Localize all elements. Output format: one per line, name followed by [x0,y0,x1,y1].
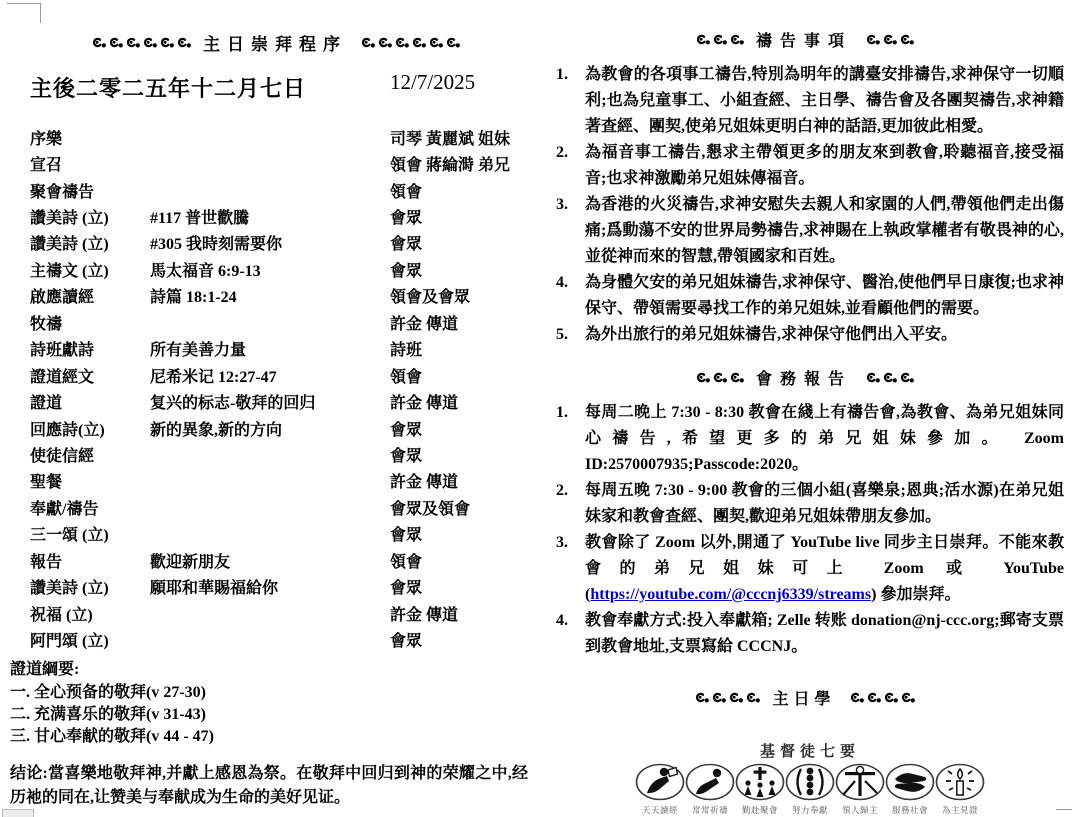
item-number: 5. [556,322,585,348]
text-boundary-corner-mark [7,3,41,23]
program-content: #305 我時刻需要你 [150,231,390,254]
item-number: 4. [556,608,585,660]
program-item: 使徒信經 [30,443,150,466]
praying-person-icon [684,763,736,803]
program-role: 許金 傳道 [390,390,532,413]
program-role: 詩班 [390,337,532,360]
swirl-ornament-icon [694,34,744,45]
seven-label: 領人歸主 [834,804,886,816]
program-content: 所有美善力量 [150,337,390,360]
program-table: 序樂司琴 黃麗斌 姐妹宣召領會 蔣綸溡 弟兄聚會禱告領會讚美詩 (立)#117 … [30,124,532,653]
item-text: 每周五晚 7:30 - 9:00 教會的三個小組(喜樂泉;恩典;活水源)在弟兄姐… [585,478,1064,530]
program-row: 阿門頌 (立)會眾 [30,626,532,652]
page-edge-stub [2,809,34,817]
program-item: 牧禱 [30,311,150,334]
prayer-title: 禱告事項 [756,28,852,51]
program-row: 主禱文 (立)馬太福音 6:9-13會眾 [30,256,532,282]
program-role: 會眾 [390,205,532,228]
seven-icons-row: 天天讀經常常祈禱勤赴聚會努力奉獻領人歸主服務社會為主見證 [624,763,996,816]
seven-label: 天天讀經 [634,804,686,816]
program-item: 讚美詩 (立) [30,231,150,254]
program-role: 領會 蔣綸溡 弟兄 [390,152,532,175]
page-title: 主日崇拜程序 [203,30,347,55]
prayer-list: 1.為教會的各項事工禱告,特別為明年的講臺安排禱告,求神保守一切順利;也為兒童事… [556,62,1064,348]
item-text: 為教會的各項事工禱告,特別為明年的講臺安排禱告,求神保守一切順利;也為兒童事工、… [585,62,1064,140]
program-role: 會眾 [390,231,532,254]
seven-label: 為主見證 [934,804,986,816]
program-item: 聚會禱告 [30,179,150,202]
outline-conclusion: 结论:當喜樂地敬拜神,并獻上感恩為祭。在敬拜中回归到神的荣耀之中,经历祂的同在,… [10,762,528,810]
program-content: 新的異象,新的方向 [150,417,390,440]
seven-item: 努力奉獻 [784,763,836,816]
item-number: 2. [556,478,585,530]
program-item: 主禱文 (立) [30,258,150,281]
sermon-outline: 證道綱要: 一. 全心预备的敬拜(v 27-30)二. 充满喜乐的敬拜(v 31… [10,656,530,810]
program-row: 祝福 (立)許金 傳道 [30,600,532,626]
program-row: 聚會禱告領會 [30,177,532,203]
announcements-title: 會務報告 [756,366,852,389]
outline-points: 一. 全心预备的敬拜(v 27-30)二. 充满喜乐的敬拜(v 31-43)三.… [10,682,530,748]
fish-coins-icon [784,763,836,803]
list-item: 4.為身體欠安的弟兄姐妹禱告,求神保守、醫治,使他們早日康復;也求神保守、帶領需… [556,270,1064,322]
announcements-section-header: 會務報告 [536,366,1072,389]
program-role: 領會 [390,179,532,202]
item-text: 為香港的火災禱告,求神安慰失去親人和家園的人們,帶領他們走出傷痛;爲動蕩不安的世… [585,192,1064,270]
program-row: 使徒信經會眾 [30,441,532,467]
program-row: 回應詩(立)新的異象,新的方向會眾 [30,415,532,441]
item-number: 3. [556,530,585,608]
item-text: 為身體欠安的弟兄姐妹禱告,求神保守、醫治,使他們早日康復;也求神保守、帶領需要尋… [585,270,1064,322]
program-role: 許金 傳道 [390,469,532,492]
list-item: 5.為外出旅行的弟兄姐妹禱告,求神保守他們出入平安。 [556,322,1064,348]
item-text: 每周二晚上 7:30 - 8:30 教會在綫上有禱告會,為教會、為弟兄姐妹同心禱… [585,400,1064,478]
cross-group-icon [734,763,786,803]
program-role: 會眾 [390,443,532,466]
program-role: 領會 [390,364,532,387]
seven-label: 常常祈禱 [684,804,736,816]
program-row: 證道复兴的标志-敬拜的回归許金 傳道 [30,388,532,414]
seven-item: 常常祈禱 [684,763,736,816]
seven-item: 天天讀經 [634,763,686,816]
swirl-ornament-icon [848,692,915,703]
list-item: 3.為香港的火災禱告,求神安慰失去親人和家園的人們,帶領他們走出傷痛;爲動蕩不安… [556,192,1064,270]
seven-label: 努力奉獻 [784,804,836,816]
item-text: 教會奉獻方式:投入奉獻箱; Zelle 转账 donation@nj-ccc.o… [585,608,1064,660]
outline-point: 二. 充满喜乐的敬拜(v 31-43) [10,704,530,726]
program-row: 讚美詩 (立)#305 我時刻需要你會眾 [30,230,532,256]
program-role: 會眾 [390,258,532,281]
program-row: 聖餐許金 傳道 [30,468,532,494]
program-row: 宣召領會 蔣綸溡 弟兄 [30,150,532,176]
item-number: 2. [556,140,585,192]
program-item: 讚美詩 (立) [30,205,150,228]
program-content: 馬太福音 6:9-13 [150,258,390,281]
program-item: 詩班獻詩 [30,337,150,360]
person-cross-icon [834,763,886,803]
program-role: 司琴 黃麗斌 姐妹 [390,126,532,149]
date-chinese: 主後二零二五年十二月七日 [30,72,306,103]
sunday-school-title: 主日學 [772,686,835,709]
list-item: 1.每周二晚上 7:30 - 8:30 教會在綫上有禱告會,為教會、為弟兄姐妹同… [556,400,1064,478]
seven-item: 勤赴聚會 [734,763,786,816]
program-item: 祝福 (立) [30,602,150,625]
program-content: 詩篇 18:1-24 [150,284,390,307]
program-role: 會眾 [390,575,532,598]
program-item: 三一頌 (立) [30,522,150,545]
program-role: 會眾 [390,522,532,545]
program-row: 詩班獻詩所有美善力量詩班 [30,336,532,362]
program-row: 證道經文尼希米记 12:27-47領會 [30,362,532,388]
date-numeric: 12/7/2025 [390,70,475,95]
program-content: #117 普世歡騰 [150,205,390,228]
outline-point: 一. 全心预备的敬拜(v 27-30) [10,682,530,704]
swirl-ornament-icon [90,37,191,48]
item-number: 4. [556,270,585,322]
swirl-ornament-icon [359,37,460,48]
outline-point: 三. 甘心奉献的敬拜(v 44 - 47) [10,726,530,748]
sunday-school-header: 主日學 [536,686,1072,709]
program-item: 宣召 [30,152,150,175]
christian-seven-essentials: 基督徒七要 天天讀經常常祈禱勤赴聚會努力奉獻領人歸主服務社會為主見證 [624,740,996,816]
program-row: 讚美詩 (立)願耶和華賜福給你會眾 [30,573,532,599]
list-item: 2.每周五晚 7:30 - 9:00 教會的三個小組(喜樂泉;恩典;活水源)在弟… [556,478,1064,530]
seven-item: 服務社會 [884,763,936,816]
program-row: 讚美詩 (立)#117 普世歡騰會眾 [30,203,532,229]
program-role: 會眾及領會 [390,496,532,519]
program-row: 序樂司琴 黃麗斌 姐妹 [30,124,532,150]
program-item: 啟應讀經 [30,284,150,307]
program-row: 啟應讀經詩篇 18:1-24領會及會眾 [30,283,532,309]
item-number: 3. [556,192,585,270]
outline-heading: 證道綱要: [10,656,530,679]
program-row: 牧禱許金 傳道 [30,309,532,335]
youtube-stream-link[interactable]: https://youtube.com/@cccnj6339/streams [590,586,871,603]
program-role: 領會及會眾 [390,284,532,307]
program-content: 願耶和華賜福給你 [150,575,390,598]
program-role: 許金 傳道 [390,602,532,625]
program-row: 奉獻/禱告會眾及領會 [30,494,532,520]
seven-title: 基督徒七要 [624,740,996,761]
item-number: 1. [556,400,585,478]
program-role: 許金 傳道 [390,311,532,334]
right-column: 禱告事項 1.為教會的各項事工禱告,特別為明年的講臺安排禱告,求神保守一切順利;… [536,0,1072,817]
bulletin-page: 主日崇拜程序 主後二零二五年十二月七日 12/7/2025 序樂司琴 黃麗斌 姐… [0,0,1072,817]
program-item: 報告 [30,549,150,572]
worship-order-header: 主日崇拜程序 [40,30,510,55]
program-role: 領會 [390,549,532,572]
item-text: 為福音事工禱告,懇求主帶領更多的朋友來到教會,聆聽福音,接受福音;也求神激勵弟兄… [585,140,1064,192]
program-content: 复兴的标志-敬拜的回归 [150,390,390,413]
item-text: 教會除了 Zoom 以外,開通了 YouTube live 同步主日崇拜。不能來… [585,530,1064,608]
program-content: 尼希米记 12:27-47 [150,364,390,387]
prayer-section-header: 禱告事項 [536,28,1072,51]
swirl-ornament-icon [694,372,744,383]
serving-hands-icon [884,763,936,803]
program-item: 序樂 [30,126,150,149]
program-item: 奉獻/禱告 [30,496,150,519]
program-row: 三一頌 (立)會眾 [30,521,532,547]
program-role: 會眾 [390,417,532,440]
reading-person-icon [634,763,686,803]
item-text: 為外出旅行的弟兄姐妹禱告,求神保守他們出入平安。 [585,322,1064,348]
swirl-ornament-icon [693,692,760,703]
list-item: 2.為福音事工禱告,懇求主帶領更多的朋友來到教會,聆聽福音,接受福音;也求神激勵… [556,140,1064,192]
program-item: 聖餐 [30,469,150,492]
announcement-list: 1.每周二晚上 7:30 - 8:30 教會在綫上有禱告會,為教會、為弟兄姐妹同… [556,400,1064,660]
program-role: 會眾 [390,628,532,651]
program-item: 證道經文 [30,364,150,387]
seven-label: 服務社會 [884,804,936,816]
program-item: 阿門頌 (立) [30,628,150,651]
list-item: 1.為教會的各項事工禱告,特別為明年的講臺安排禱告,求神保守一切順利;也為兒童事… [556,62,1064,140]
program-content: 歡迎新朋友 [150,549,390,572]
program-item: 證道 [30,390,150,413]
seven-item: 為主見證 [934,763,986,816]
seven-label: 勤赴聚會 [734,804,786,816]
list-item: 4.教會奉獻方式:投入奉獻箱; Zelle 转账 donation@nj-ccc… [556,608,1064,660]
program-item: 讚美詩 (立) [30,575,150,598]
swirl-ornament-icon [864,34,914,45]
program-row: 報告歡迎新朋友領會 [30,547,532,573]
seven-item: 領人歸主 [834,763,886,816]
item-number: 1. [556,62,585,140]
program-item: 回應詩(立) [30,417,150,440]
candle-icon [934,763,986,803]
swirl-ornament-icon [864,372,914,383]
list-item: 3.教會除了 Zoom 以外,開通了 YouTube live 同步主日崇拜。不… [556,530,1064,608]
